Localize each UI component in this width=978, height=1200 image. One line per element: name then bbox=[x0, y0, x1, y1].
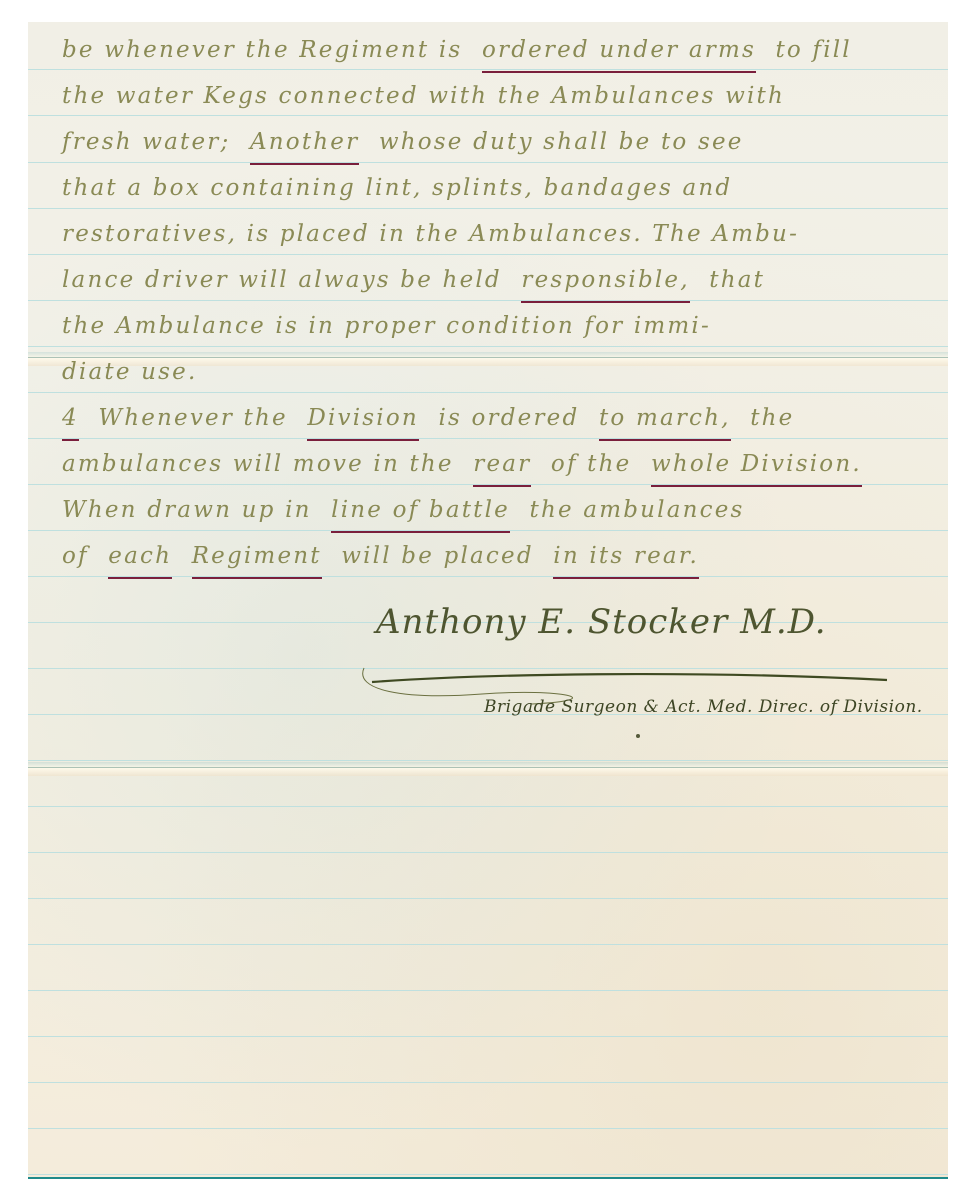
ruled-line bbox=[28, 1082, 948, 1083]
text-line-11: When drawn up in line of battle the ambu… bbox=[62, 490, 928, 530]
fold-crease bbox=[28, 762, 948, 776]
ruled-line bbox=[28, 944, 948, 945]
ruled-line bbox=[28, 990, 948, 991]
underlined-text: line of battle bbox=[331, 490, 510, 533]
text-segment: diate use. bbox=[62, 352, 198, 392]
ruled-line bbox=[28, 438, 948, 439]
text-segment: the water Kegs connected with the Ambula… bbox=[62, 76, 785, 116]
underlined-text: ordered under arms bbox=[482, 30, 756, 73]
paragraph-number: 4 bbox=[62, 398, 79, 441]
ruled-line bbox=[28, 806, 948, 807]
ruled-line bbox=[28, 300, 948, 301]
text-segment: lance driver will always be held bbox=[62, 260, 502, 300]
text-segment: the ambulances bbox=[530, 490, 745, 530]
text-segment: be whenever the Regiment is bbox=[62, 30, 462, 70]
ruled-line bbox=[28, 760, 948, 761]
text-line-6: lance driver will always be held respons… bbox=[62, 260, 928, 300]
signer-title: Brigade Surgeon & Act. Med. Direc. of Di… bbox=[484, 697, 923, 717]
ruled-line bbox=[28, 1128, 948, 1129]
text-segment: ambulances will move in the bbox=[62, 444, 454, 484]
text-segment: the Ambulance is in proper condition for… bbox=[62, 306, 711, 346]
ruled-line bbox=[28, 852, 948, 853]
text-segment: to fill bbox=[775, 30, 851, 70]
text-segment: fresh water; bbox=[62, 122, 230, 162]
text-segment: restoratives, is placed in the Ambulance… bbox=[62, 214, 799, 254]
text-line-10: ambulances will move in the rear of the … bbox=[62, 444, 928, 484]
text-line-1: be whenever the Regiment is ordered unde… bbox=[62, 30, 928, 70]
text-line-4: that a box containing lint, splints, ban… bbox=[62, 168, 928, 208]
ruled-line bbox=[28, 254, 948, 255]
text-segment: is ordered bbox=[438, 398, 579, 438]
text-segment: of the bbox=[551, 444, 632, 484]
ruled-line bbox=[28, 1174, 948, 1175]
underlined-text: whole Division. bbox=[651, 444, 862, 487]
text-line-5: restoratives, is placed in the Ambulance… bbox=[62, 214, 928, 254]
text-segment: When drawn up in bbox=[62, 490, 312, 530]
text-segment: will be placed bbox=[341, 536, 534, 576]
letter-page: be whenever the Regiment is ordered unde… bbox=[28, 22, 948, 1177]
text-line-2: the water Kegs connected with the Ambula… bbox=[62, 76, 928, 116]
underlined-text: Another bbox=[250, 122, 359, 165]
text-line-8: diate use. bbox=[62, 352, 928, 392]
text-line-12: of each Regiment will be placed in its r… bbox=[62, 536, 928, 576]
ruled-line bbox=[28, 1036, 948, 1037]
ruled-line bbox=[28, 162, 948, 163]
ruled-line bbox=[28, 208, 948, 209]
underlined-text: Division bbox=[307, 398, 419, 441]
signature: Anthony E. Stocker M.D. bbox=[376, 602, 827, 642]
underlined-text: Regiment bbox=[192, 536, 322, 579]
ruled-line bbox=[28, 392, 948, 393]
text-line-3: fresh water; Another whose duty shall be… bbox=[62, 122, 928, 162]
ruled-line bbox=[28, 898, 948, 899]
underlined-text: responsible, bbox=[521, 260, 689, 303]
text-segment: whose duty shall be to see bbox=[379, 122, 744, 162]
underlined-text: rear bbox=[473, 444, 531, 487]
underlined-text: each bbox=[108, 536, 172, 579]
text-segment: Whenever the bbox=[98, 398, 287, 438]
underlined-text: in its rear. bbox=[553, 536, 699, 579]
text-line-9: 4 Whenever the Division is ordered to ma… bbox=[62, 398, 928, 438]
text-segment: the bbox=[750, 398, 794, 438]
ink-speck bbox=[636, 734, 640, 738]
text-line-7: the Ambulance is in proper condition for… bbox=[62, 306, 928, 346]
text-segment: that a box containing lint, splints, ban… bbox=[62, 168, 732, 208]
ruled-line bbox=[28, 346, 948, 347]
underlined-text: to march, bbox=[599, 398, 731, 441]
text-segment: that bbox=[709, 260, 765, 300]
text-segment: of bbox=[62, 536, 89, 576]
